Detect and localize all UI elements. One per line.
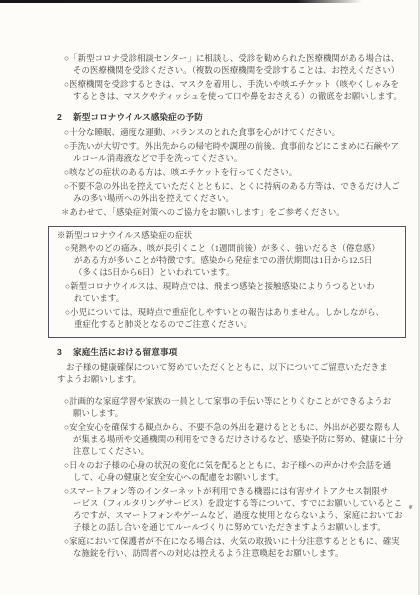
reference-note: ＊あわせて、「感染症対策へのご協力をお願いします」をご参考ください。 bbox=[61, 207, 409, 219]
bullet-item-symptom-3: ○小児については、現時点で重症化しやすいとの報告はありません。しかしながら、 重… bbox=[65, 307, 399, 331]
bullet-item-consultation-1: ○「新型コロナ受診相談センター」に相談し、受診を勧められた医療機関がある場合は、… bbox=[64, 53, 409, 77]
bullet-item-prevention-2: ○手洗いが大切です。外出先からの帰宅時や調理の前後、食事前などにこまめに石鹸やア… bbox=[64, 141, 409, 165]
section-3-intro: お子様の健康確保について努めていただくとともに、以下についてご留意いただきま す… bbox=[57, 362, 409, 386]
section-3-title: 家庭生活における留意事項 bbox=[73, 346, 177, 358]
bullet-item-prevention-1: ○十分な睡眠、適度な運動、バランスのとれた食事を心がけてください。 bbox=[64, 127, 409, 139]
section-2-heading: 2 新型コロナウイルス感染症の予防 bbox=[57, 111, 409, 123]
bullet-item-home-2: ○安全安心を確保する観点から、不要不急の外出を避けるとともに、外出が必要な際も人… bbox=[64, 422, 409, 458]
section-2-number: 2 bbox=[57, 111, 73, 123]
symptom-box-title: ※新型コロナウイルス感染症の症状 bbox=[57, 230, 399, 242]
section-3-heading: 3 家庭生活における留意事項 bbox=[57, 346, 409, 358]
scanned-document-page: ○「新型コロナ受診相談センター」に相談し、受診を勧められた医療機関がある場合は、… bbox=[0, 0, 420, 595]
bullet-item-symptom-1: ○発熱やのどの痛み、咳が長引くこと（1週間前後）が多く、強いだるさ（倦怠感） が… bbox=[65, 243, 399, 279]
bullet-item-prevention-3: ○咳などの症状のある方は、咳エチケットを行ってください。 bbox=[64, 167, 409, 179]
section-2-title: 新型コロナウイルス感染症の予防 bbox=[73, 111, 203, 123]
section-3-number: 3 bbox=[57, 346, 73, 358]
bullet-item-home-4: ○スマートフォン等のインターネットが利用できる機器には有害サイトアクセス制限サ … bbox=[64, 486, 409, 534]
bullet-item-symptom-2: ○新型コロナウイルスは、現時点では、飛まつ感染と接触感染によりうつるといわ れて… bbox=[65, 281, 399, 305]
bullet-item-home-3: ○日々のお子様の心身の状況の変化に気を配るとともに、お子様への声かけや会話を通 … bbox=[64, 460, 409, 484]
bullet-item-home-5: ○家庭において保護者が不在になる場合は、火気の取扱いに十分注意するとともに、確実… bbox=[64, 536, 409, 560]
bullet-item-home-1: ○計画的な家庭学習や家族の一員として家事の手伝い等にとりくむことができるようお … bbox=[64, 396, 409, 420]
scan-speck bbox=[408, 505, 412, 510]
bullet-item-prevention-4: ○不要不急の外出を控えていただくとともに、とくに持病のある方等は、できるだけ人ご… bbox=[64, 181, 409, 205]
document-content: ○「新型コロナ受診相談センター」に相談し、受診を勧められた医療機関がある場合は、… bbox=[57, 53, 409, 562]
bullet-item-consultation-2: ○医療機関を受診するときは、マスクを着用し、手洗いや咳エチケット（咳やくしゃみを… bbox=[64, 79, 409, 103]
scan-artifact-top-edge bbox=[0, 0, 362, 3]
symptom-info-box: ※新型コロナウイルス感染症の症状 ○発熱やのどの痛み、咳が長引くこと（1週間前後… bbox=[48, 226, 406, 338]
